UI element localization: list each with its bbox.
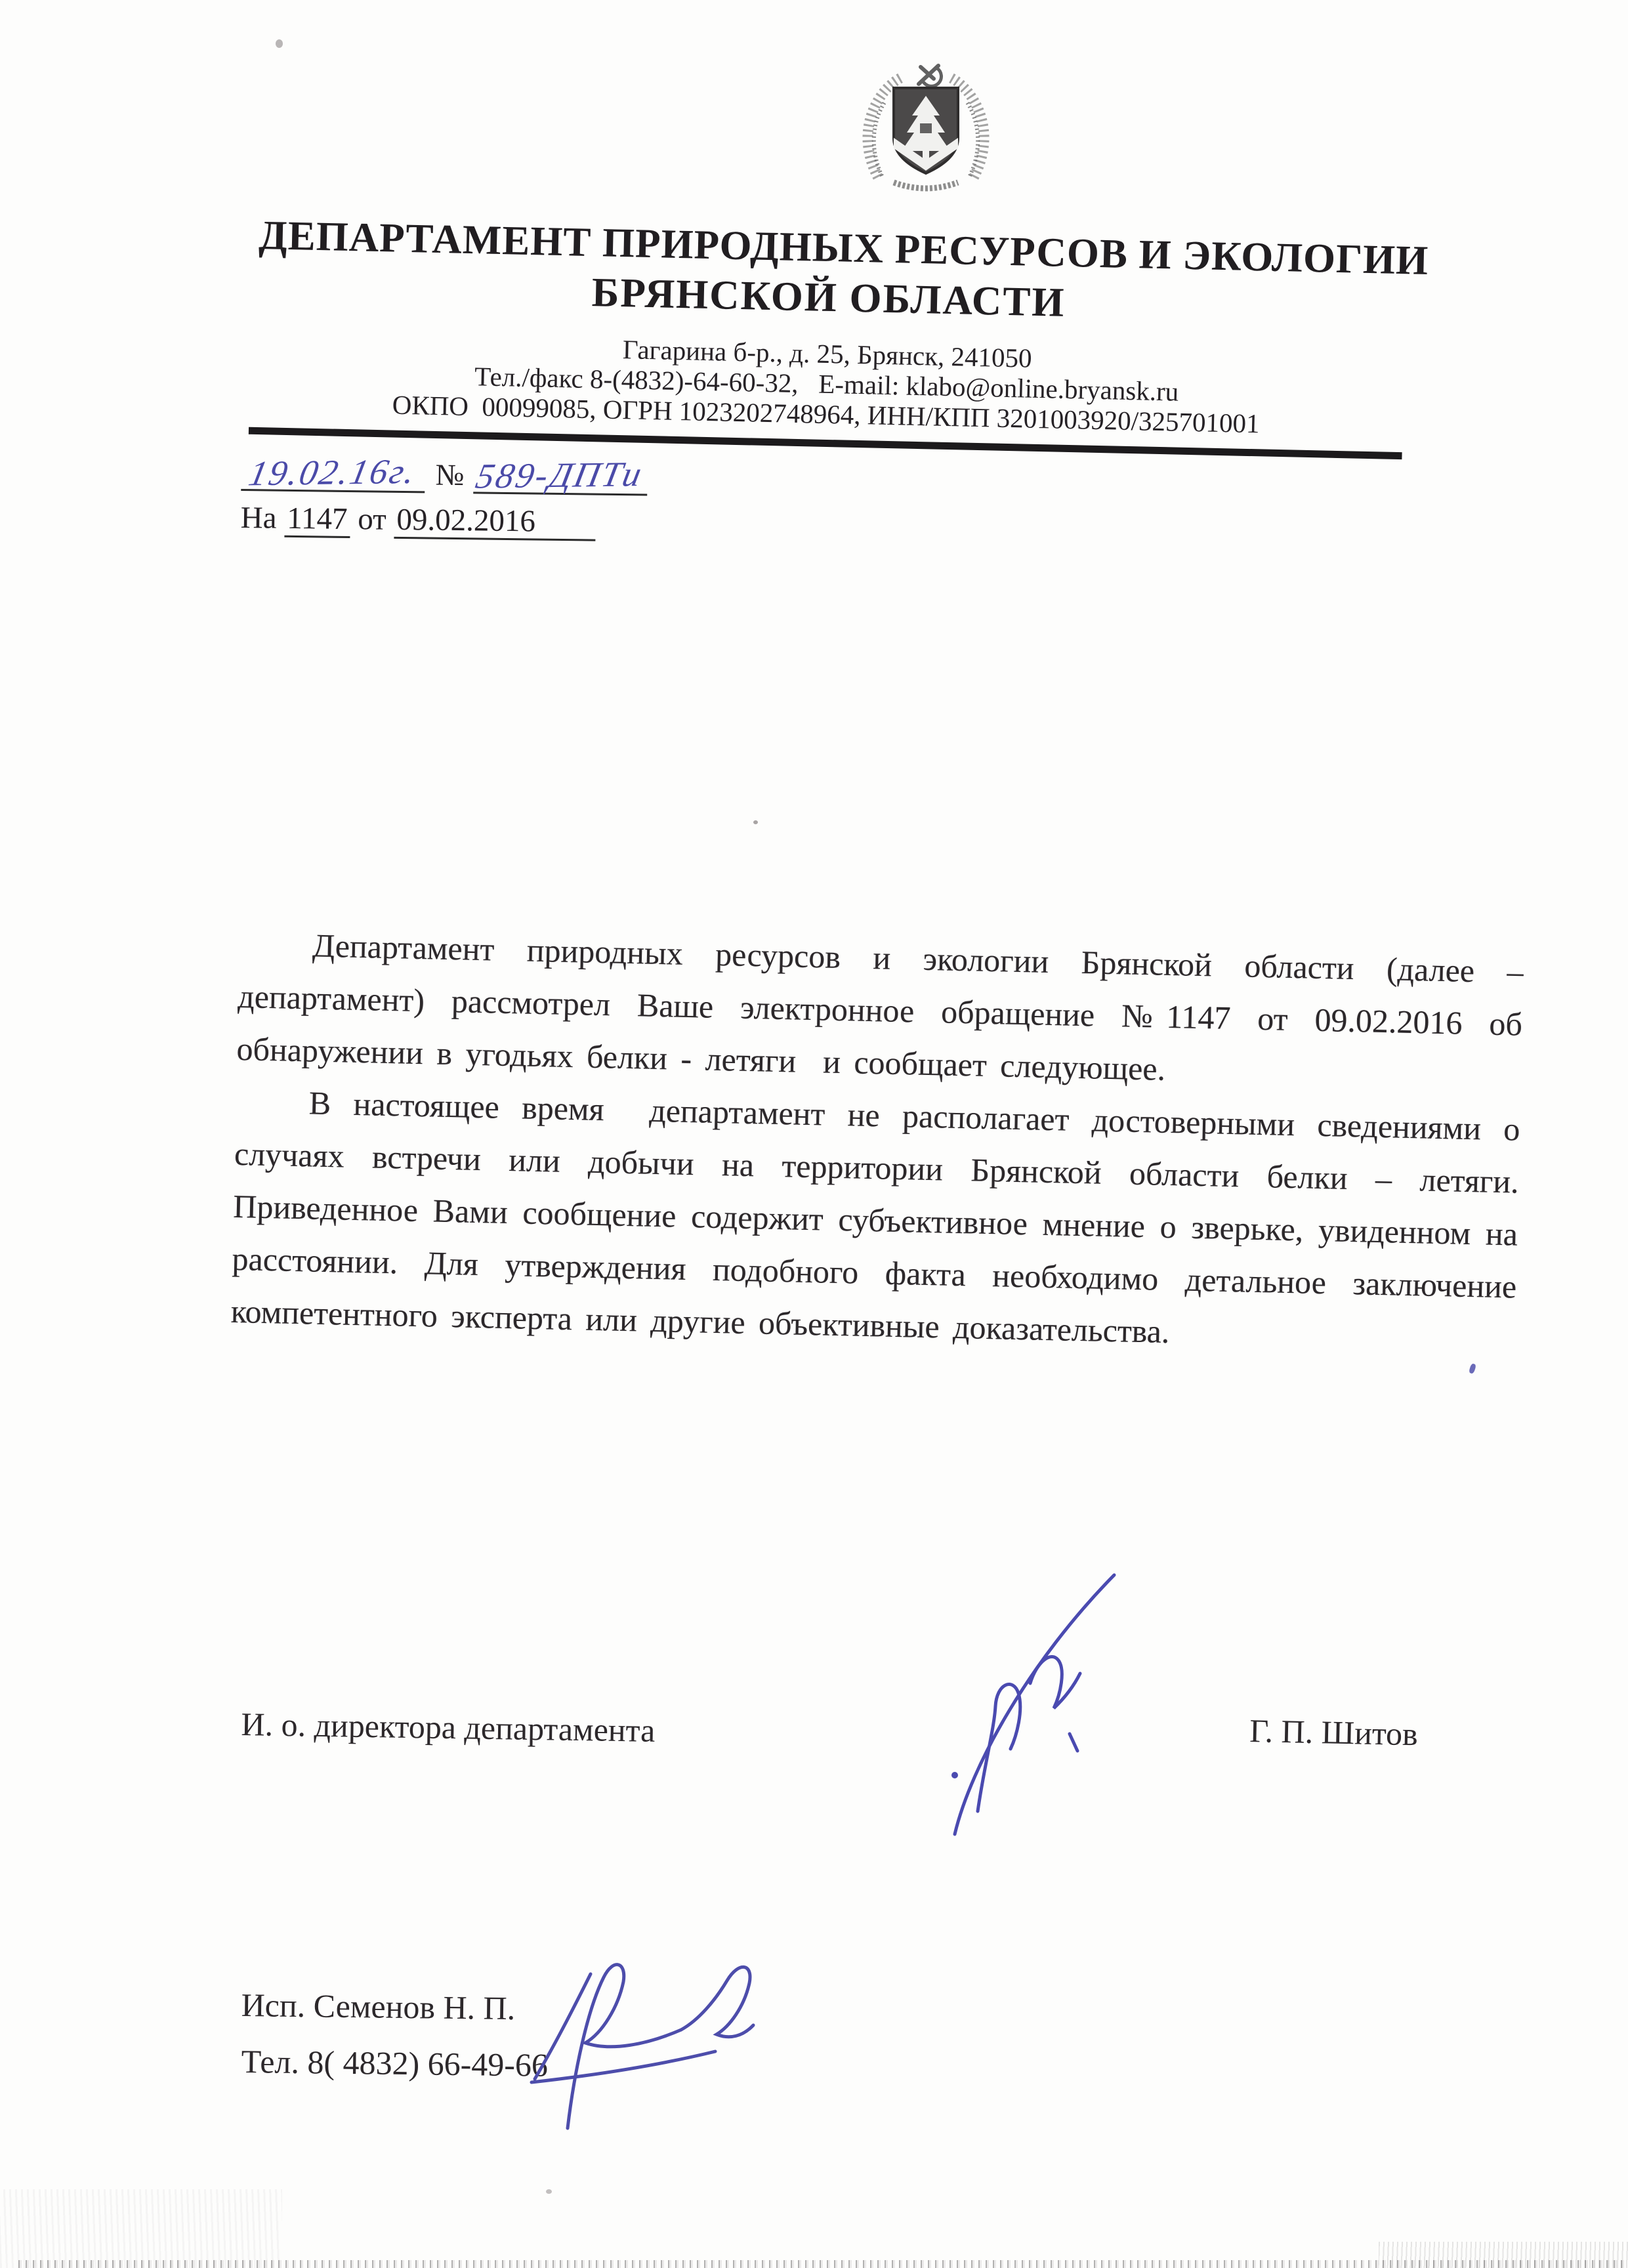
incoming-number: 1147 xyxy=(284,501,350,538)
number-sign: № xyxy=(435,457,465,494)
body-paragraph-2: В настоящее время департамент не распола… xyxy=(230,1075,1520,1366)
ink-speck xyxy=(1469,1363,1476,1374)
director-signature xyxy=(873,1549,1148,1851)
signer-position-title: И. о. директора департамента xyxy=(241,1705,656,1750)
coat-of-arms-icon xyxy=(853,60,999,199)
scan-edge-artifact xyxy=(18,2260,1624,2268)
scan-noise-bottom-left xyxy=(0,2189,282,2268)
scan-speck xyxy=(276,39,283,48)
outgoing-date-handwritten: 19.02.16г. xyxy=(245,451,421,493)
incoming-reference-row: На 1147 от 09.02.2016 xyxy=(240,500,831,578)
signer-name: Г. П. Шитов xyxy=(1249,1711,1419,1753)
executor-name: Исп. Семенов Н. П. xyxy=(241,1986,515,2027)
incoming-prefix: На xyxy=(240,501,284,535)
letter-body: Департамент природных ресурсов и экологи… xyxy=(230,917,1524,1366)
scanned-letter-page: ДЕПАРТАМЕНТ ПРИРОДНЫХ РЕСУРСОВ И ЭКОЛОГИ… xyxy=(0,0,1628,2268)
executor-phone: Тел. 8( 4832) 66-49-66 xyxy=(241,2042,548,2084)
reference-block: 19.02.16г. № 589-ДПТи На 1147 от 09.02.2… xyxy=(240,450,832,578)
outgoing-number-handwritten: 589-ДПТи xyxy=(472,453,647,496)
incoming-date: 09.02.2016 xyxy=(394,503,596,541)
scan-speck xyxy=(546,2189,552,2194)
scan-speck xyxy=(753,820,758,824)
body-paragraph-1: Департамент природных ресурсов и экологи… xyxy=(236,917,1524,1103)
executor-signature xyxy=(505,1941,820,2133)
outgoing-number-field: 589-ДПТи xyxy=(473,451,648,495)
outgoing-reference-row: 19.02.16г. № 589-ДПТи xyxy=(241,450,832,498)
incoming-from: от xyxy=(350,502,394,537)
outgoing-date-field: 19.02.16г. xyxy=(241,448,425,493)
letterhead: ДЕПАРТАМЕНТ ПРИРОДНЫХ РЕСУРСОВ И ЭКОЛОГИ… xyxy=(255,212,1401,460)
